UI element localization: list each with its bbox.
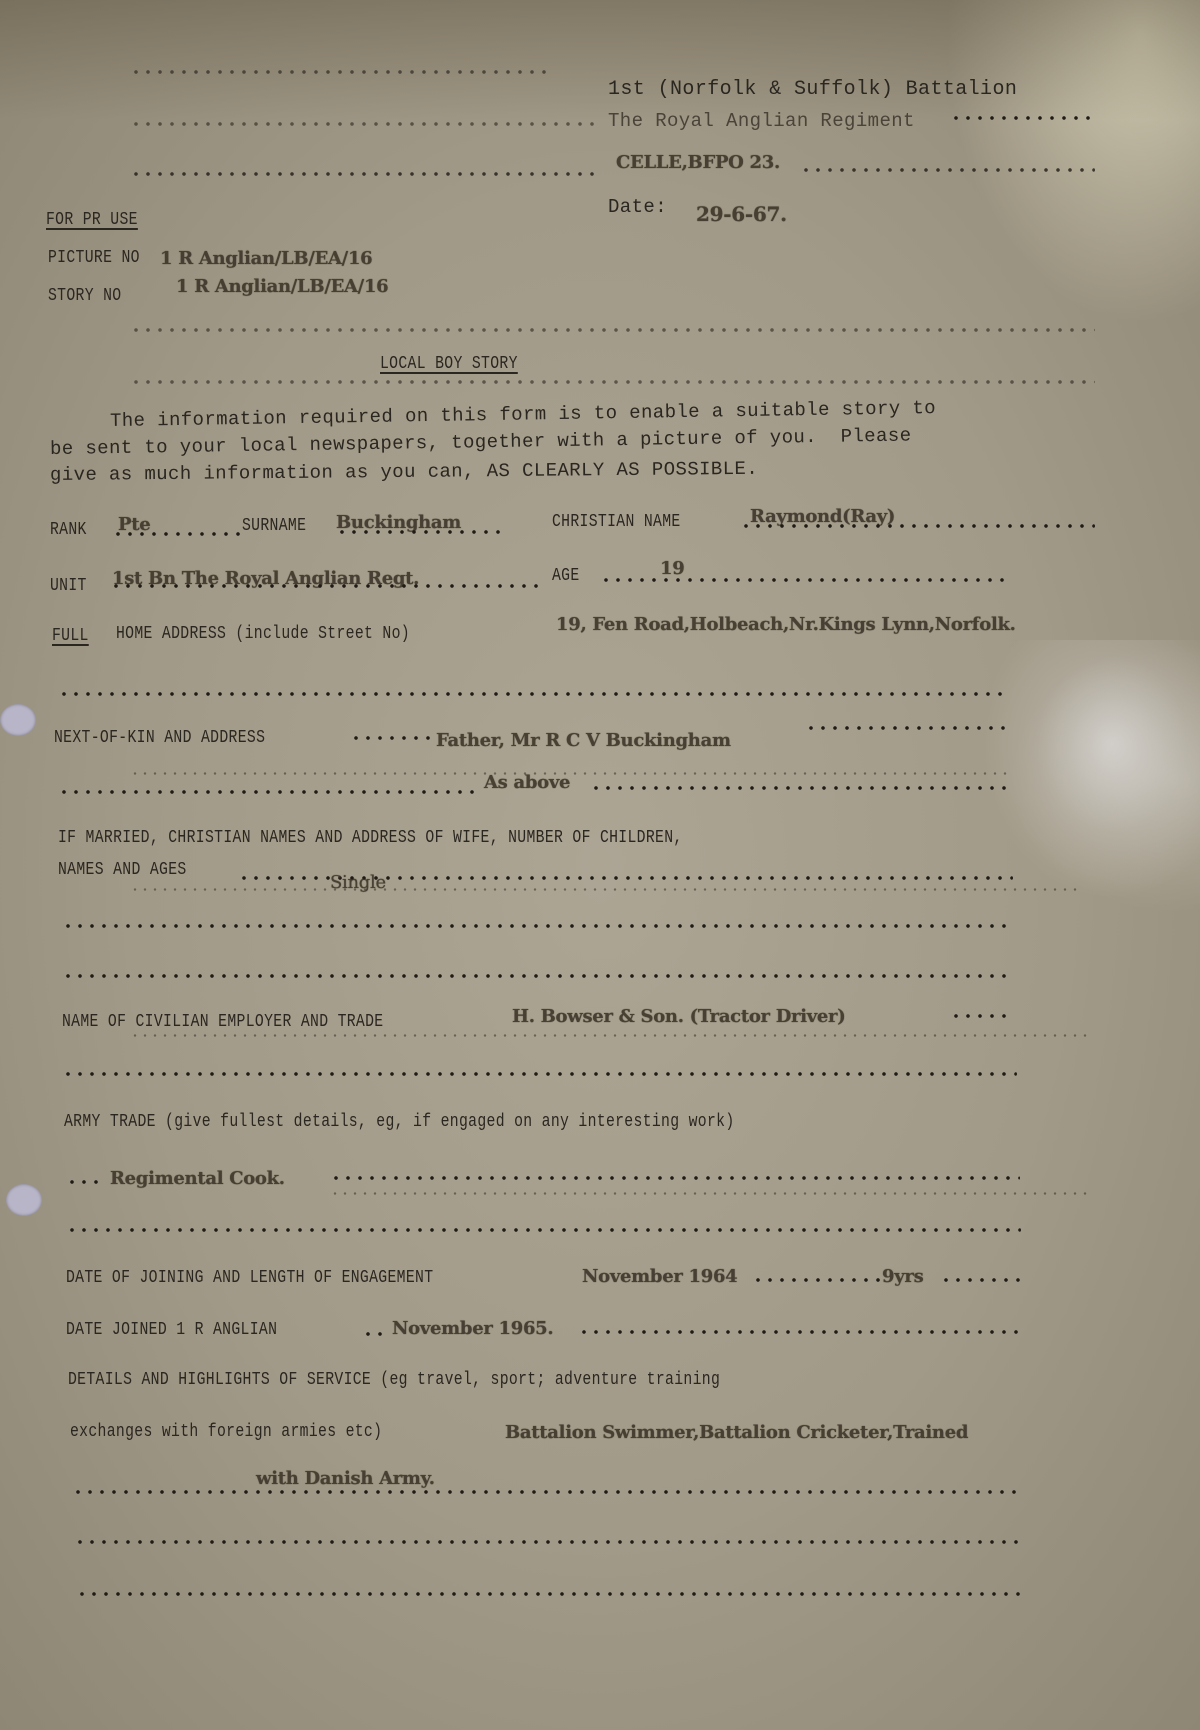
rank-dots <box>112 532 244 536</box>
date-joining-dots <box>940 1278 1020 1282</box>
civilian-employer-dots <box>62 1072 1017 1076</box>
punch-hole <box>0 704 36 736</box>
light-glare <box>980 640 1200 900</box>
civilian-employer-label: NAME OF CIVILIAN EMPLOYER AND TRADE <box>62 1012 383 1032</box>
date-joining-dots <box>752 1278 882 1282</box>
civilian-employer-value[interactable]: H. Bowser & Son. (Tractor Driver) <box>512 1006 845 1027</box>
pr-use-heading: FOR PR USE <box>46 210 138 230</box>
dotted-rule <box>130 380 1095 384</box>
date-joined-unit-dots <box>362 1332 390 1336</box>
surname-dots <box>336 530 506 534</box>
army-trade-value[interactable]: Regimental Cook. <box>110 1168 285 1189</box>
page-shadow <box>0 0 1200 120</box>
army-trade-label: ARMY TRADE (give fullest details, eg, if… <box>64 1112 735 1132</box>
age-label: AGE <box>552 566 580 586</box>
date-joining-label: DATE OF JOINING AND LENGTH OF ENGAGEMENT <box>66 1268 433 1288</box>
christian-name-label: CHRISTIAN NAME <box>552 512 681 532</box>
date-joined-unit-dots <box>578 1330 1020 1334</box>
location-value: CELLE,BFPO 23. <box>616 152 780 173</box>
married-dots <box>62 924 1012 928</box>
civilian-employer-dots <box>950 1014 1010 1018</box>
story-no-value: 1 R Anglian/LB/EA/16 <box>176 276 388 297</box>
age-dots <box>600 578 1010 582</box>
faint-rule <box>130 1034 1090 1037</box>
army-trade-dots <box>330 1176 1020 1180</box>
rank-label: RANK <box>50 520 87 540</box>
engagement-length-value[interactable]: 9yrs <box>882 1266 923 1287</box>
faint-rule <box>330 1192 1090 1195</box>
next-of-kin-address-dots <box>590 786 1010 790</box>
service-details-dots <box>74 1540 1024 1544</box>
dotted-rule <box>130 172 600 176</box>
service-details-value-line-2[interactable]: with Danish Army. <box>256 1468 435 1489</box>
home-address-value[interactable]: 19, Fen Road,Holbeach,Nr.Kings Lynn,Norf… <box>556 614 1016 635</box>
married-label-line-1: IF MARRIED, CHRISTIAN NAMES AND ADDRESS … <box>58 828 683 848</box>
age-value[interactable]: 19 <box>660 558 684 579</box>
date-joining-value[interactable]: November 1964 <box>582 1266 737 1287</box>
home-address-dots <box>58 692 1008 696</box>
dotted-rule <box>130 328 1095 332</box>
date-label: Date: <box>608 196 667 218</box>
date-joined-unit-value[interactable]: November 1965. <box>392 1318 553 1339</box>
next-of-kin-address-dots <box>58 790 478 794</box>
unit-label: UNIT <box>50 576 87 596</box>
picture-no-label: PICTURE NO <box>48 248 140 268</box>
form-title: LOCAL BOY STORY <box>380 354 518 374</box>
unit-line-1: 1st (Norfolk & Suffolk) Battalion <box>608 78 1017 101</box>
faint-rule <box>130 888 1080 891</box>
next-of-kin-dots <box>350 736 430 740</box>
service-details-dots <box>76 1592 1026 1596</box>
unit-dots <box>110 584 540 588</box>
army-trade-dots <box>66 1180 106 1184</box>
dotted-rule <box>130 122 600 126</box>
service-details-value-line-1[interactable]: Battalion Swimmer,Battalion Cricketer,Tr… <box>505 1422 968 1443</box>
next-of-kin-dots <box>805 726 1005 730</box>
home-address-label: HOME ADDRESS (include Street No) <box>116 624 410 644</box>
surname-label: SURNAME <box>242 516 306 536</box>
married-label-line-2: NAMES AND AGES <box>58 860 187 880</box>
next-of-kin-address-value[interactable]: As above <box>484 772 570 793</box>
dotted-rule <box>130 70 550 74</box>
married-dots <box>62 974 1012 978</box>
service-details-label-line-1: DETAILS AND HIGHLIGHTS OF SERVICE (eg tr… <box>68 1370 720 1390</box>
punch-hole <box>6 1184 42 1216</box>
dotted-rule <box>800 168 1095 172</box>
dotted-rule <box>950 116 1095 120</box>
unit-line-2: The Royal Anglian Regiment <box>608 110 915 132</box>
army-trade-dots <box>66 1228 1021 1232</box>
picture-no-value: 1 R Anglian/LB/EA/16 <box>160 248 372 269</box>
christian-name-dots <box>740 524 1095 528</box>
intro-line-3: give as much information as you can, AS … <box>50 458 758 486</box>
story-no-label: STORY NO <box>48 286 121 306</box>
next-of-kin-value[interactable]: Father, Mr R C V Buckingham <box>436 730 731 751</box>
service-details-dots <box>72 1490 1022 1494</box>
home-address-label-prefix: FULL <box>52 626 89 646</box>
document-page: 1st (Norfolk & Suffolk) Battalion The Ro… <box>0 0 1200 1730</box>
next-of-kin-label: NEXT-OF-KIN AND ADDRESS <box>54 728 265 748</box>
service-details-label-line-2: exchanges with foreign armies etc) <box>70 1422 382 1442</box>
date-joined-unit-label: DATE JOINED 1 R ANGLIAN <box>66 1320 277 1340</box>
date-value: 29-6-67. <box>696 202 787 226</box>
